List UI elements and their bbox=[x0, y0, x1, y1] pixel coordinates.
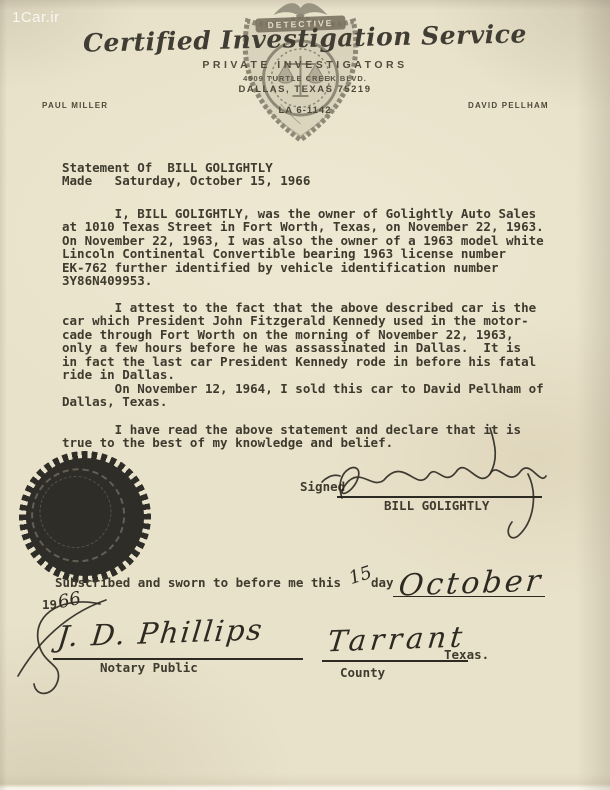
name-david-pellham: DAVID PELLHAM bbox=[468, 101, 549, 110]
letterhead-subtitle: PRIVATE INVESTIGATORS bbox=[0, 59, 610, 71]
paragraph-3: On November 12, 1964, I sold this car to… bbox=[62, 382, 544, 409]
statement-heading: Statement Of BILL GOLIGHTLY Made Saturda… bbox=[62, 161, 310, 188]
letterhead-city: DALLAS, TEXAS 75219 bbox=[0, 84, 610, 95]
paragraph-1: I, BILL GOLIGHTLY, was the owner of Goli… bbox=[62, 207, 544, 287]
letterhead-address: 4509 TURTLE CREEK BLVD. bbox=[0, 74, 610, 83]
signatory-name: BILL GOLIGHTLY bbox=[384, 499, 489, 512]
notary-seal bbox=[12, 444, 157, 589]
notary-public-label: Notary Public bbox=[100, 661, 198, 674]
golightly-signature bbox=[320, 418, 560, 548]
sworn-statement-text: Subscribed and sworn to before me this bbox=[55, 576, 341, 589]
state-label: Texas. bbox=[444, 648, 489, 661]
month-line bbox=[393, 570, 545, 597]
scanned-affidavit: { "watermark": "1Car.ir", "letterhead": … bbox=[0, 0, 610, 790]
county-label: County bbox=[340, 666, 385, 679]
paragraph-2: I attest to the fact that the above desc… bbox=[62, 301, 536, 381]
name-paul-miller: PAUL MILLER bbox=[42, 101, 108, 110]
day-label: day bbox=[371, 576, 394, 589]
watermark: 1Car.ir bbox=[12, 9, 60, 26]
notary-line bbox=[53, 630, 303, 660]
